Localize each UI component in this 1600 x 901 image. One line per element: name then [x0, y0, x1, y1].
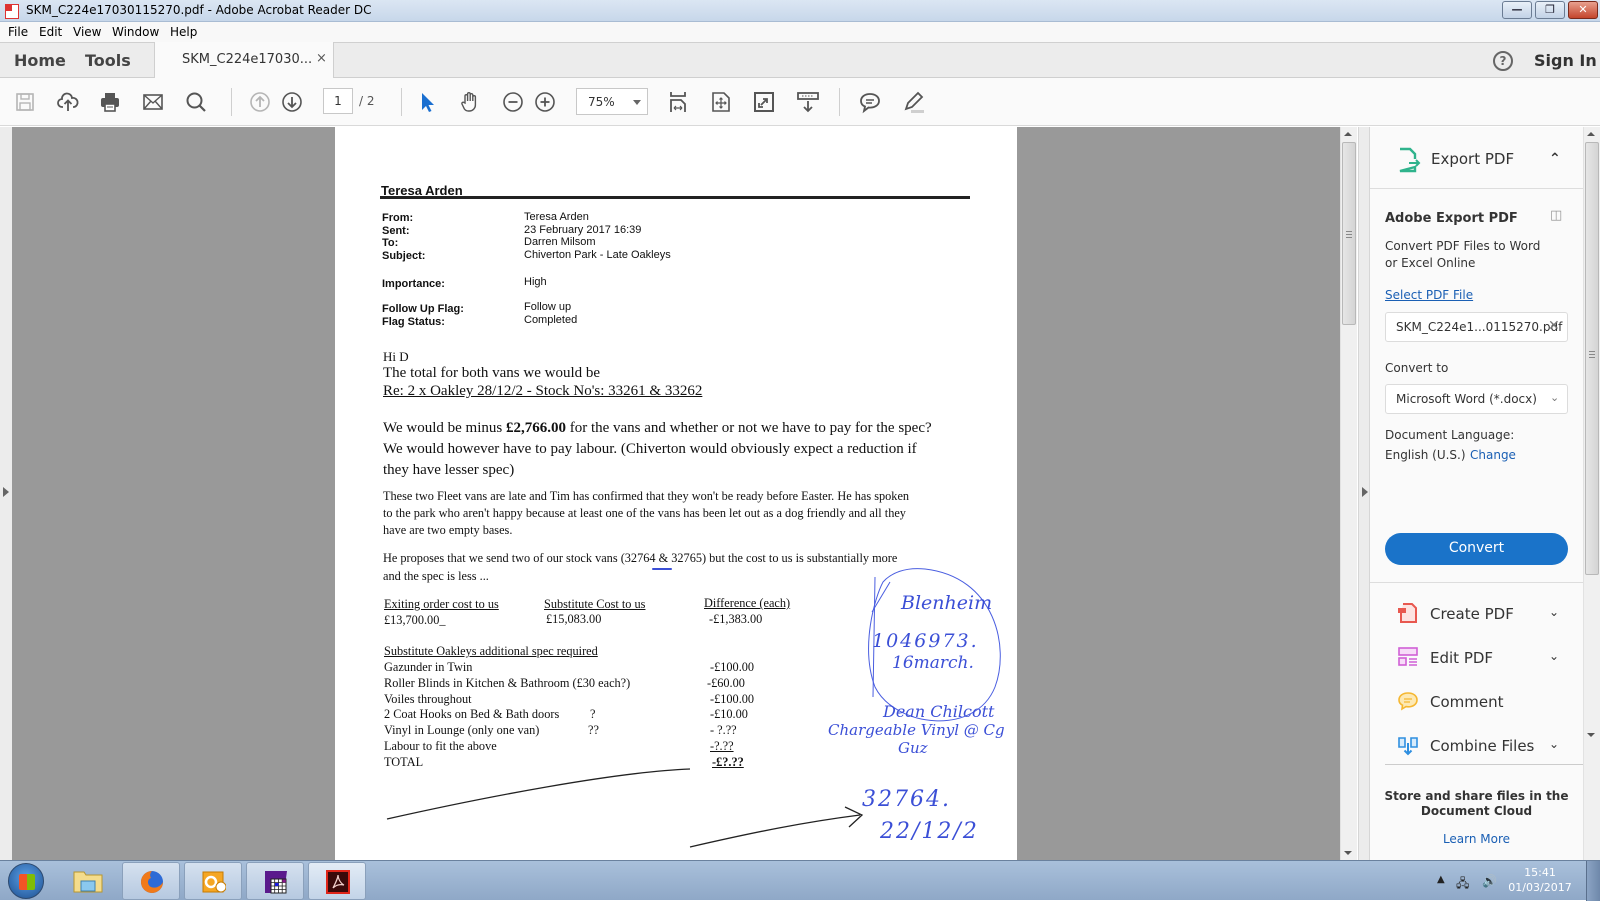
scroll-up-arrow-icon[interactable]: [1344, 132, 1352, 136]
scroll-up-arrow-icon[interactable]: [1587, 132, 1595, 136]
export-pdf-header[interactable]: Export PDF ⌃: [1370, 127, 1583, 189]
tab-tools[interactable]: Tools: [85, 51, 131, 70]
help-icon[interactable]: ?: [1493, 51, 1513, 71]
export-pdf-label: Export PDF: [1431, 150, 1514, 168]
change-language-link[interactable]: Change: [1470, 448, 1516, 462]
print-icon[interactable]: [98, 90, 122, 114]
menu-edit[interactable]: Edit: [39, 25, 62, 39]
tab-home[interactable]: Home: [14, 51, 66, 70]
tool-create-pdf[interactable]: Create PDF ⌄: [1370, 594, 1583, 634]
handwritten-stock-number: 32764.: [862, 787, 951, 812]
close-icon: ✕: [1569, 3, 1597, 16]
show-desktop-button[interactable]: [1586, 861, 1600, 900]
chevron-down-icon: [633, 100, 641, 105]
handwritten-note-name: Dean Chilcott: [883, 702, 994, 721]
export-description: Convert PDF Files to Word or Excel Onlin…: [1385, 238, 1540, 272]
acrobat-app-icon: [5, 4, 19, 19]
chevron-down-icon: ⌄: [1549, 605, 1559, 619]
window-title: SKM_C224e17030115270.pdf - Adobe Acrobat…: [26, 3, 372, 17]
menu-bar: File Edit View Window Help: [0, 22, 1600, 42]
windows-taskbar: ▲ 🖧 🔊 15:41 01/03/2017: [0, 860, 1600, 900]
zoom-level-value: 75%: [588, 95, 615, 109]
fit-page-icon[interactable]: [709, 90, 733, 114]
scrollbar-thumb[interactable]: [1585, 142, 1599, 575]
minimize-icon: —: [1503, 3, 1531, 16]
collapse-arrow-icon: [1362, 487, 1368, 497]
pane-divider: [1370, 582, 1583, 583]
highlight-pen-icon[interactable]: [901, 90, 925, 114]
tab-bar: Home Tools SKM_C224e17030... × ? Sign In: [0, 42, 1600, 78]
export-title: Adobe Export PDF: [1385, 210, 1518, 227]
toolbar-divider: [401, 88, 402, 116]
menu-file[interactable]: File: [8, 25, 28, 39]
comment-tool-icon: [1397, 690, 1419, 712]
firefox-icon: [140, 870, 164, 894]
previous-page-icon[interactable]: [248, 90, 272, 114]
tool-label: Edit PDF: [1430, 649, 1493, 667]
select-pdf-file-link[interactable]: Select PDF File: [1385, 288, 1473, 302]
restore-icon: ❐: [1536, 3, 1564, 16]
learn-more-link[interactable]: Learn More: [1370, 832, 1583, 846]
menu-window[interactable]: Window: [112, 25, 159, 39]
page-number-input[interactable]: 1: [323, 88, 353, 114]
menu-view[interactable]: View: [73, 25, 101, 39]
acrobat-icon: [326, 870, 350, 894]
edit-pdf-icon: [1397, 646, 1419, 668]
handwritten-number: 1046973.: [872, 630, 979, 652]
email-icon[interactable]: [141, 90, 165, 114]
pane-divider: [1385, 764, 1583, 765]
tool-combine-files[interactable]: Combine Files ⌄: [1370, 726, 1583, 766]
comment-icon[interactable]: [858, 90, 882, 114]
calculator-grid-taskbar-button[interactable]: [246, 862, 304, 900]
handwritten-note-guz: Guz: [898, 739, 928, 757]
close-window-button[interactable]: ✕: [1568, 1, 1598, 19]
page-total: / 2: [359, 94, 375, 108]
grid-app-icon: [264, 870, 288, 894]
upload-cloud-icon[interactable]: [56, 90, 80, 114]
export-pdf-icon: [1397, 147, 1421, 173]
tool-label: Comment: [1430, 693, 1504, 711]
document-scrollbar[interactable]: [1340, 127, 1357, 860]
document-cloud-promo: Store and share files in the Document Cl…: [1370, 789, 1583, 819]
selected-file-name: SKM_C224e1...0115270.pdf: [1396, 320, 1562, 334]
convert-format-dropdown[interactable]: Microsoft Word (*.docx) ⌄: [1385, 384, 1568, 414]
start-button[interactable]: [8, 863, 44, 899]
document-tab-label: SKM_C224e17030...: [182, 52, 312, 67]
full-screen-icon[interactable]: [752, 90, 776, 114]
sign-in-button[interactable]: Sign In: [1534, 51, 1597, 70]
zoom-out-icon[interactable]: [501, 90, 525, 114]
document-language-value: English (U.S.): [1385, 447, 1466, 464]
title-bar: SKM_C224e17030115270.pdf - Adobe Acrobat…: [0, 0, 1600, 22]
tool-label: Create PDF: [1430, 605, 1514, 623]
zoom-in-icon[interactable]: [533, 90, 557, 114]
expand-arrow-icon: [3, 487, 9, 497]
menu-help[interactable]: Help: [170, 25, 197, 39]
convert-to-label: Convert to: [1385, 360, 1448, 377]
tool-label: Combine Files: [1430, 737, 1534, 755]
outlook-taskbar-button[interactable]: [184, 862, 242, 900]
chevron-up-icon[interactable]: ⌃: [1549, 151, 1561, 167]
search-icon[interactable]: [184, 90, 208, 114]
restore-button[interactable]: ❐: [1535, 1, 1565, 19]
toolbar: 1 / 2 75%: [0, 78, 1600, 126]
next-page-icon[interactable]: [280, 90, 304, 114]
tab-document[interactable]: SKM_C224e17030... ×: [154, 42, 334, 79]
close-tab-icon[interactable]: ×: [316, 51, 327, 66]
hand-icon[interactable]: [458, 90, 482, 114]
outlook-icon: [202, 870, 226, 894]
chevron-down-icon: ⌄: [1549, 737, 1559, 751]
cloud-document-icon: ◫: [1550, 208, 1562, 223]
save-icon[interactable]: [13, 90, 37, 114]
convert-format-value: Microsoft Word (*.docx): [1396, 392, 1537, 406]
clear-file-icon[interactable]: ✕: [1548, 318, 1560, 334]
handwritten-note-vinyl: Chargeable Vinyl @ Cg: [828, 721, 1005, 739]
select-cursor-icon[interactable]: [415, 90, 439, 114]
tool-comment[interactable]: Comment: [1370, 682, 1583, 722]
selected-file-field[interactable]: SKM_C224e1...0115270.pdf ✕: [1385, 312, 1568, 342]
document-language-label: Document Language:: [1385, 427, 1514, 444]
left-panel-toggle[interactable]: [0, 127, 12, 860]
zoom-level-dropdown[interactable]: 75%: [576, 88, 648, 115]
acrobat-taskbar-button[interactable]: [308, 862, 366, 900]
system-clock[interactable]: 15:41 01/03/2017: [1500, 865, 1580, 895]
scroll-mode-icon[interactable]: [796, 90, 820, 114]
scroll-down-arrow-icon[interactable]: [1344, 851, 1352, 855]
fit-width-icon[interactable]: [666, 90, 690, 114]
convert-button[interactable]: Convert: [1385, 533, 1568, 565]
toolbar-divider: [839, 88, 840, 116]
volume-icon[interactable]: 🔊: [1482, 874, 1497, 888]
toolbar-divider: [231, 88, 232, 116]
firefox-taskbar-button[interactable]: [122, 862, 180, 900]
windows-explorer-icon[interactable]: [72, 868, 104, 894]
document-viewport[interactable]: Teresa Arden From:Sent:To:Subject: Teres…: [12, 127, 1340, 860]
scroll-down-arrow-icon[interactable]: [1587, 733, 1595, 737]
right-pane-collapse-handle[interactable]: [1358, 127, 1370, 860]
chevron-down-icon: ⌄: [1549, 649, 1559, 663]
show-hidden-icons-arrow[interactable]: ▲: [1437, 874, 1445, 885]
tools-pane-scrollbar[interactable]: [1583, 127, 1600, 860]
combine-files-icon: [1397, 734, 1419, 756]
scrollbar-thumb[interactable]: [1342, 142, 1356, 325]
tool-edit-pdf[interactable]: Edit PDF ⌄: [1370, 638, 1583, 678]
minimize-button[interactable]: —: [1502, 1, 1532, 19]
pdf-page: Teresa Arden From:Sent:To:Subject: Teres…: [335, 127, 1017, 860]
network-icon[interactable]: 🖧: [1456, 874, 1469, 895]
create-pdf-icon: [1397, 602, 1419, 624]
tools-pane: Export PDF ⌃ Adobe Export PDF ◫ Convert …: [1370, 127, 1583, 860]
handwritten-partial-date: 22/12/2: [880, 819, 979, 844]
handwritten-date: 16march.: [892, 653, 974, 673]
chevron-down-icon: ⌄: [1550, 391, 1559, 404]
handwritten-blenheim: Blenheim: [901, 592, 992, 614]
